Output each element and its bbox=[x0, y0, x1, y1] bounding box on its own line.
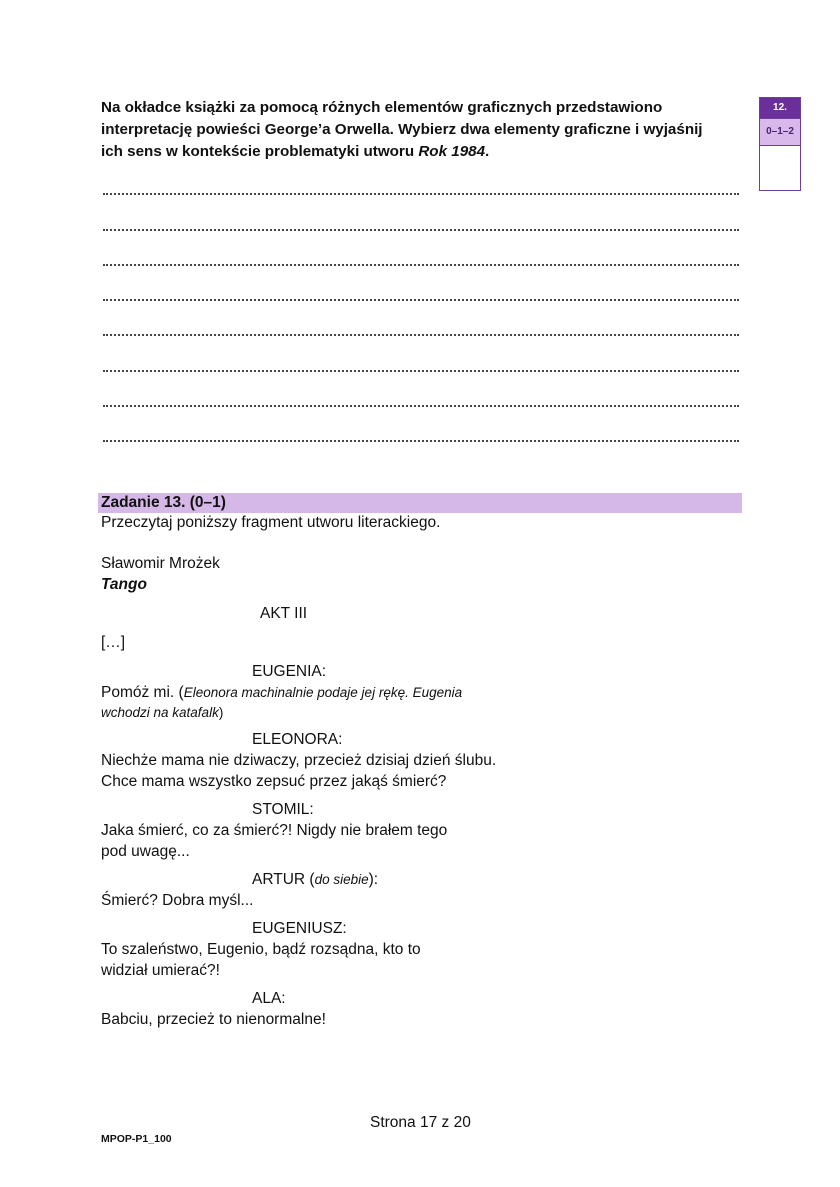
book-title-rok-1984: Rok 1984 bbox=[418, 143, 485, 160]
act-heading: AKT III bbox=[260, 605, 307, 623]
task-12-prompt: Na okładce książki za pomocą różnych ele… bbox=[101, 97, 741, 163]
answer-line[interactable] bbox=[103, 294, 739, 329]
answer-line[interactable] bbox=[103, 400, 739, 435]
prompt-line-3: ich sens w kontekście problematyki utwor… bbox=[101, 141, 741, 163]
answer-line[interactable] bbox=[103, 329, 739, 364]
dialogue-line: To szaleństwo, Eugenio, bądź rozsądna, k… bbox=[101, 940, 521, 960]
answer-line[interactable] bbox=[103, 364, 739, 399]
work-title: Tango bbox=[101, 576, 147, 594]
speaker-ala: ALA: bbox=[252, 990, 286, 1008]
dialogue-line: Pomóż mi. (Eleonora machinalnie podaje j… bbox=[101, 683, 561, 703]
answer-area[interactable] bbox=[103, 188, 739, 470]
speaker-artur: ARTUR (do siebie): bbox=[252, 871, 378, 889]
dialogue-line: wchodzi na katafalk) bbox=[101, 703, 521, 723]
omission-mark: […] bbox=[101, 634, 125, 652]
dialogue-line: Niechże mama nie dziwaczy, przecież dzis… bbox=[101, 751, 521, 771]
dialogue-line: pod uwagę... bbox=[101, 842, 521, 862]
dialogue-line: Chce mama wszystko zepsuć przez jakąś śm… bbox=[101, 772, 521, 792]
task-13-header: Zadanie 13. (0–1) bbox=[98, 493, 742, 513]
score-entry-field[interactable] bbox=[760, 146, 800, 190]
dialogue-line: Śmierć? Dobra myśl... bbox=[101, 891, 521, 911]
answer-line[interactable] bbox=[103, 223, 739, 258]
dialogue-line: Jaka śmierć, co za śmierć?! Nigdy nie br… bbox=[101, 821, 521, 841]
dialogue-line: Babciu, przecież to nienormalne! bbox=[101, 1010, 521, 1030]
speaker-eugenia: EUGENIA: bbox=[252, 663, 326, 681]
points-range: 0–1–2 bbox=[760, 118, 800, 146]
prompt-line-1: Na okładce książki za pomocą różnych ele… bbox=[101, 97, 741, 119]
speaker-eugeniusz: EUGENIUSZ: bbox=[252, 920, 347, 938]
speaker-eleonora: ELEONORA: bbox=[252, 731, 342, 749]
exam-code: MPOP-P1_100 bbox=[101, 1133, 172, 1145]
answer-line[interactable] bbox=[103, 259, 739, 294]
author-name: Sławomir Mrożek bbox=[101, 555, 220, 573]
page-number: Strona 17 z 20 bbox=[370, 1114, 471, 1132]
prompt-line-2: interpretację powieści George’a Orwella.… bbox=[101, 119, 741, 141]
dialogue-line: widział umierać?! bbox=[101, 961, 521, 981]
answer-line[interactable] bbox=[103, 435, 739, 470]
speaker-stomil: STOMIL: bbox=[252, 801, 314, 819]
task-number: 12. bbox=[760, 98, 800, 118]
score-box-task-12: 12. 0–1–2 bbox=[759, 97, 801, 191]
answer-line[interactable] bbox=[103, 188, 739, 223]
task-13-instruction: Przeczytaj poniższy fragment utworu lite… bbox=[101, 514, 440, 532]
